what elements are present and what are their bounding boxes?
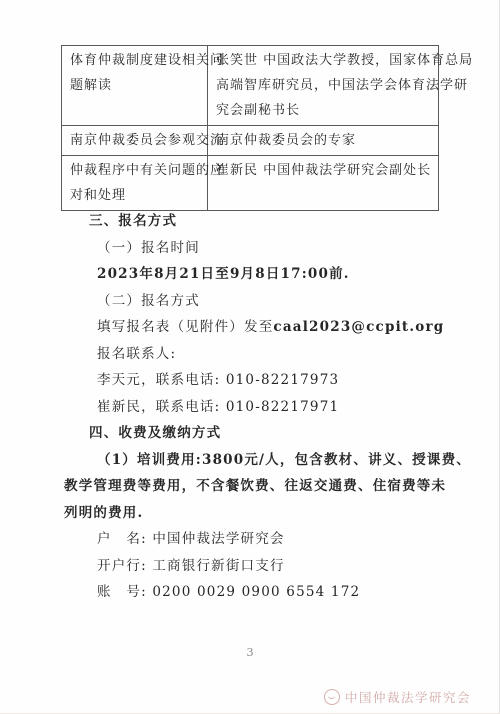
account-name-line: 户 名: 中国仲裁法学研究会 [64, 526, 446, 553]
topic-line: 对和处理 [70, 183, 202, 208]
table-row: 体育仲裁制度建设相关问 题解读 张笑世 中国政法大学教授，国家体育总局 高端智库… [62, 46, 439, 126]
speaker-line: 高端智库研究员，中国法学会体育法学研 [216, 73, 433, 98]
section-3-1-heading: （一）报名时间 [64, 235, 446, 262]
topic-line: 仲裁程序中有关问题的应 [70, 158, 202, 183]
speaker-cell: 崔新民 中国仲裁法学研究会副处长 [208, 156, 439, 211]
speaker-line: 南京仲裁委员会的专家 [216, 128, 433, 153]
bank-line: 开户行: 工商银行新街口支行 [64, 553, 446, 580]
fee-line: 教学管理费等费用，不含餐饮费、往返交通费、住宿费等未 [64, 473, 446, 500]
org-name: 中国仲裁法学研究会 [345, 688, 471, 706]
topic-cell: 体育仲裁制度建设相关问 题解读 [62, 46, 208, 126]
document-body: 三、报名方式 （一）报名时间 2023年8月21日至9月8日17:00前. （二… [64, 208, 446, 606]
fee-line: 列明的费用. [64, 500, 446, 527]
topic-line: 体育仲裁制度建设相关问 [70, 48, 202, 73]
topic-cell: 仲裁程序中有关问题的应 对和处理 [62, 156, 208, 211]
deadline-text: 2023年8月21日至9月8日17:00前. [64, 261, 446, 288]
contact-1: 李天元，联系电话: 010-82217973 [64, 367, 446, 394]
table-row: 仲裁程序中有关问题的应 对和处理 崔新民 中国仲裁法学研究会副处长 [62, 156, 439, 211]
contacts-label: 报名联系人: [64, 341, 446, 368]
topic-cell: 南京仲裁委员会参观交流 [62, 126, 208, 156]
speaker-line: 崔新民 中国仲裁法学研究会副处长 [216, 158, 433, 183]
section-3-heading: 三、报名方式 [64, 208, 446, 235]
speaker-cell: 南京仲裁委员会的专家 [208, 126, 439, 156]
speaker-line: 张笑世 中国政法大学教授，国家体育总局 [216, 48, 433, 73]
org-footer: 中国仲裁法学研究会 [324, 688, 471, 706]
section-3-2-heading: （二）报名方式 [64, 288, 446, 315]
document-page: 体育仲裁制度建设相关问 题解读 张笑世 中国政法大学教授，国家体育总局 高端智库… [0, 0, 500, 714]
contact-2: 崔新民，联系电话: 010-82217971 [64, 394, 446, 421]
speaker-cell: 张笑世 中国政法大学教授，国家体育总局 高端智库研究员，中国法学会体育法学研 究… [208, 46, 439, 126]
email-text: caal2023@ccpit.org [273, 319, 444, 335]
apply-method-text: 填写报名表（见附件）发至caal2023@ccpit.org [64, 314, 446, 341]
org-logo-icon [324, 689, 340, 705]
fee-line: （1）培训费用:3800元/人，包含教材、讲义、授课费、 [64, 447, 446, 474]
account-number-line: 账 号: 0200 0029 0900 6554 172 [64, 579, 446, 606]
apply-method-prefix: 填写报名表（见附件）发至 [97, 319, 273, 335]
section-4-heading: 四、收费及缴纳方式 [64, 420, 446, 447]
topic-line: 南京仲裁委员会参观交流 [70, 128, 202, 153]
topic-line: 题解读 [70, 73, 202, 98]
speaker-line: 究会副秘书长 [216, 98, 433, 123]
schedule-table: 体育仲裁制度建设相关问 题解读 张笑世 中国政法大学教授，国家体育总局 高端智库… [61, 45, 439, 211]
table-row: 南京仲裁委员会参观交流 南京仲裁委员会的专家 [62, 126, 439, 156]
page-number: 3 [0, 645, 500, 659]
